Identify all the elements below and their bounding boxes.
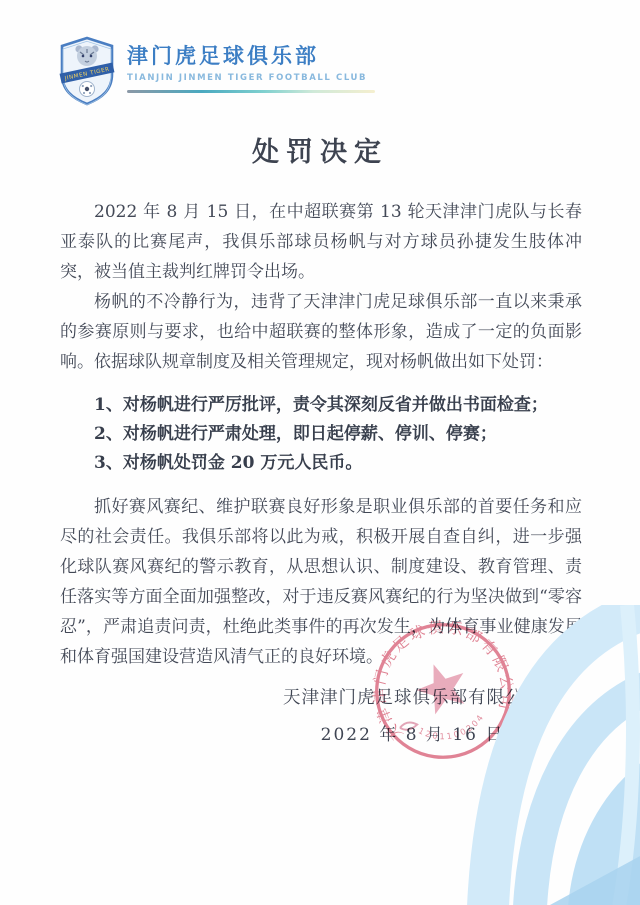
penalty-item-2: 2、对杨帆进行严肃处理，即日起停薪、停训、停赛； <box>60 420 582 449</box>
club-name-cn: 津门虎足球俱乐部 <box>127 45 375 68</box>
document-title: 处罚决定 <box>0 130 640 169</box>
paragraph-incident: 2022 年 8 月 15 日，在中超联赛第 13 轮天津津门虎队与长春亚泰队的… <box>60 197 582 287</box>
seal-star-icon <box>410 656 473 718</box>
seal-inner-mark <box>399 721 418 732</box>
letterhead-divider <box>127 90 375 93</box>
scanned-document-page: JINMEN TIGER 津门虎足球俱乐部 TIANJIN JINMEN TIG… <box>0 0 640 905</box>
penalty-item-3: 3、对杨帆处罚金 20 万元人民币。 <box>60 449 582 478</box>
club-crest-icon: JINMEN TIGER <box>58 36 116 106</box>
official-seal-stamp: 天津津门虎足球俱乐部有限公司 1201100204 <box>365 615 521 767</box>
club-name-en: TIANJIN JINMEN TIGER FOOTBALL CLUB <box>127 73 375 83</box>
letterhead: JINMEN TIGER 津门虎足球俱乐部 TIANJIN JINMEN TIG… <box>58 36 375 106</box>
penalty-item-1: 1、对杨帆进行严厉批评，责令其深刻反省并做出书面检查； <box>60 391 582 420</box>
letterhead-text: 津门虎足球俱乐部 TIANJIN JINMEN TIGER FOOTBALL C… <box>127 36 375 93</box>
penalty-list: 1、对杨帆进行严厉批评，责令其深刻反省并做出书面检查； 2、对杨帆进行严肃处理，… <box>60 391 582 478</box>
paragraph-violation: 杨帆的不冷静行为，违背了天津津门虎足球俱乐部一直以来秉承的参赛原则与要求，也给中… <box>60 287 582 377</box>
document-body: 2022 年 8 月 15 日，在中超联赛第 13 轮天津津门虎队与长春亚泰队的… <box>60 197 582 672</box>
seal-serial-number: 1201100204 <box>415 710 490 749</box>
